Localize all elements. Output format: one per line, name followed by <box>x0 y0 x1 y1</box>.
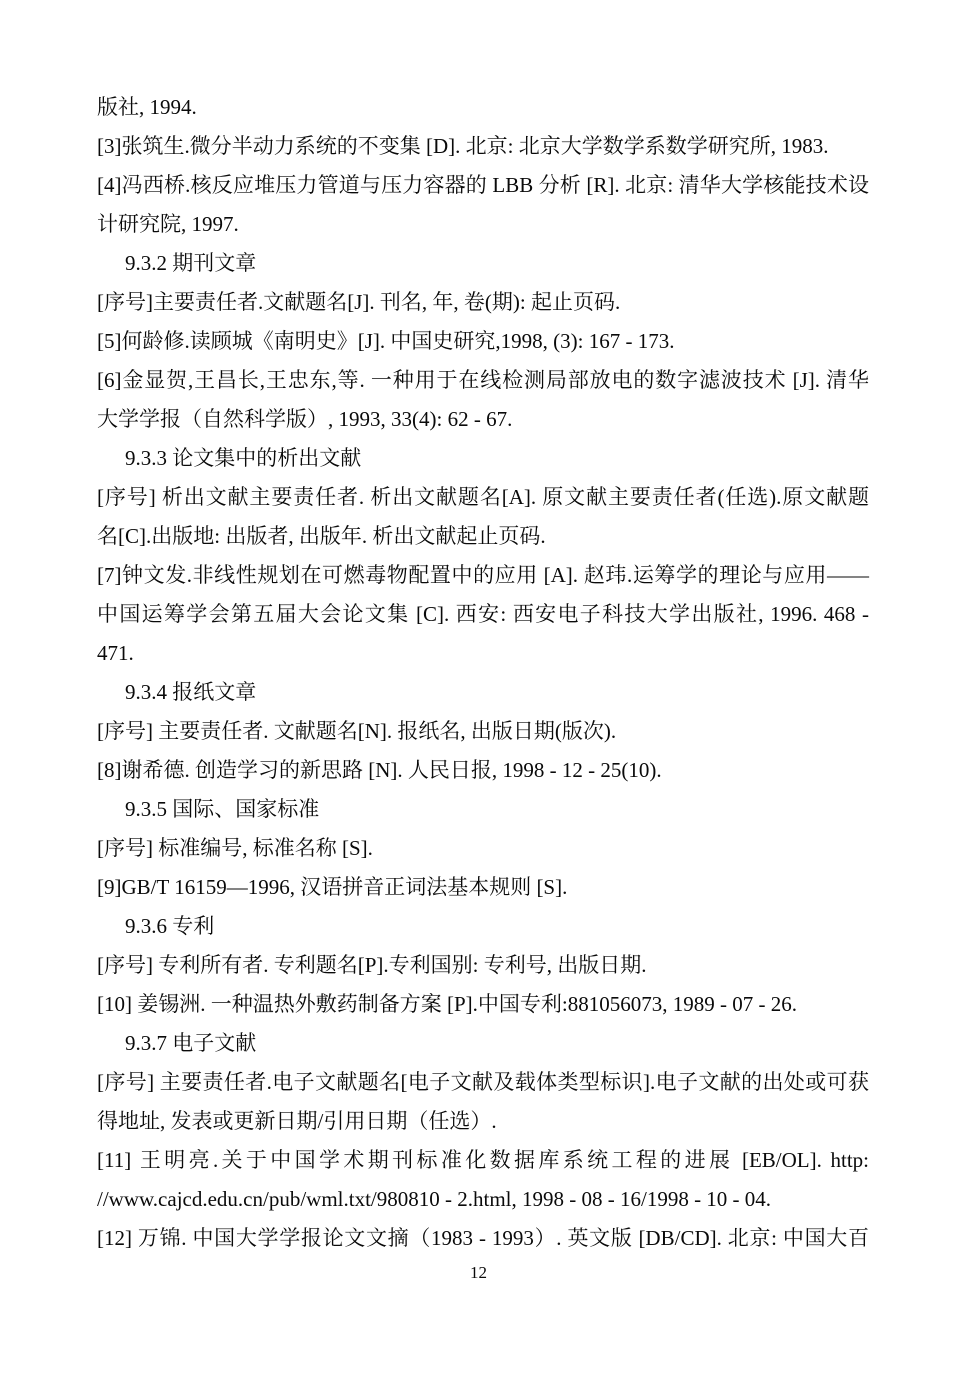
reference-entry-5: [5]何龄修.读顾城《南明史》[J]. 中国史研究,1998, (3): 167… <box>97 322 869 361</box>
reference-entry-11: [11] 王明亮.关于中国学术期刊标准化数据库系统工程的进展 [EB/OL]. … <box>97 1141 869 1180</box>
document-body: 版社, 1994. [3]张筑生.微分半动力系统的不变集 [D]. 北京: 北京… <box>97 88 869 1258</box>
reference-entry-11-continuation: //www.cajcd.edu.cn/pub/wml.txt/980810 - … <box>97 1180 869 1219</box>
section-heading-9-3-6: 9.3.6 专利 <box>97 907 869 946</box>
reference-entry-12: [12] 万锦. 中国大学学报论文文摘（1983 - 1993）. 英文版 [D… <box>97 1219 869 1258</box>
section-heading-9-3-3: 9.3.3 论文集中的析出文献 <box>97 439 869 478</box>
reference-entry-10: [10] 姜锡洲. 一种温热外敷药制备方案 [P].中国专利:881056073… <box>97 985 869 1024</box>
document-page: 版社, 1994. [3]张筑生.微分半动力系统的不变集 [D]. 北京: 北京… <box>0 0 957 1377</box>
page-number: 12 <box>0 1261 957 1285</box>
section-heading-9-3-2: 9.3.2 期刊文章 <box>97 244 869 283</box>
reference-entry-3: [3]张筑生.微分半动力系统的不变集 [D]. 北京: 北京大学数学系数学研究所… <box>97 127 869 166</box>
format-spec-proceedings-continuation: 名[C].出版地: 出版者, 出版年. 析出文献起止页码. <box>97 517 869 556</box>
format-spec-electronic: [序号] 主要责任者.电子文献题名[电子文献及载体类型标识].电子文献的出处或可… <box>97 1063 869 1102</box>
reference-entry-9: [9]GB/T 16159—1996, 汉语拼音正词法基本规则 [S]. <box>97 868 869 907</box>
reference-entry-7-continuation-2: 471. <box>97 634 869 673</box>
reference-entry-6: [6]金显贺,王昌长,王忠东,等. 一种用于在线检测局部放电的数字滤波技术 [J… <box>97 361 869 400</box>
format-spec-proceedings: [序号] 析出文献主要责任者. 析出文献题名[A]. 原文献主要责任者(任选).… <box>97 478 869 517</box>
reference-entry-4: [4]冯西桥.核反应堆压力管道与压力容器的 LBB 分析 [R]. 北京: 清华… <box>97 166 869 205</box>
reference-entry-4-continuation: 计研究院, 1997. <box>97 205 869 244</box>
reference-entry-6-continuation: 大学学报（自然科学版）, 1993, 33(4): 62 - 67. <box>97 400 869 439</box>
format-spec-journal: [序号]主要责任者.文献题名[J]. 刊名, 年, 卷(期): 起止页码. <box>97 283 869 322</box>
reference-entry-7-continuation: 中国运筹学会第五届大会论文集 [C]. 西安: 西安电子科技大学出版社, 199… <box>97 595 869 634</box>
section-heading-9-3-7: 9.3.7 电子文献 <box>97 1024 869 1063</box>
format-spec-patent: [序号] 专利所有者. 专利题名[P].专利国别: 专利号, 出版日期. <box>97 946 869 985</box>
format-spec-electronic-continuation: 得地址, 发表或更新日期/引用日期（任选）. <box>97 1102 869 1141</box>
section-heading-9-3-5: 9.3.5 国际、国家标准 <box>97 790 869 829</box>
section-heading-9-3-4: 9.3.4 报纸文章 <box>97 673 869 712</box>
reference-entry-2-continuation: 版社, 1994. <box>97 88 869 127</box>
reference-entry-8: [8]谢希德. 创造学习的新思路 [N]. 人民日报, 1998 - 12 - … <box>97 751 869 790</box>
format-spec-newspaper: [序号] 主要责任者. 文献题名[N]. 报纸名, 出版日期(版次). <box>97 712 869 751</box>
reference-entry-7: [7]钟文发.非线性规划在可燃毒物配置中的应用 [A]. 赵玮.运筹学的理论与应… <box>97 556 869 595</box>
format-spec-standard: [序号] 标准编号, 标准名称 [S]. <box>97 829 869 868</box>
